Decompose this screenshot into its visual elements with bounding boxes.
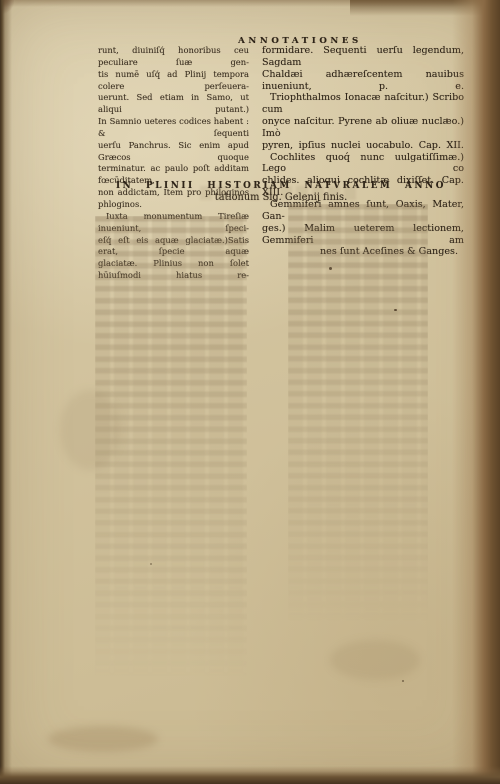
ink-speck [329, 267, 332, 270]
text-line: Triophthalmos Ionacæ naſcitur.) Scribo c… [262, 92, 464, 116]
ink-speck [394, 309, 397, 311]
paper-stain [60, 390, 120, 470]
text-line: uerunt. Sed etiam in Samo, ut aliqui put… [98, 92, 249, 116]
text-line: Chaldæi adhæreſcentem nauibus inueniunt,… [262, 69, 464, 93]
text-line: onyce naſcitur. Pyrene ab oliuæ nuclæo.)… [262, 116, 464, 140]
ink-speck [402, 680, 404, 682]
bleedthrough-text-right [288, 204, 428, 624]
text-line: Cochlites quoq́ nunc uulgatiſſimæ.) Lego… [262, 152, 464, 176]
book-bottom-edge [0, 766, 500, 784]
book-gutter-edge [0, 0, 12, 784]
bleedthrough-text-left [95, 216, 247, 678]
paper-stain [48, 726, 158, 752]
bleedthrough-colophon [200, 186, 360, 200]
book-fore-edge [452, 0, 500, 784]
ink-speck [150, 563, 152, 565]
paper-stain [330, 640, 420, 680]
text-line: uerſu Panchrus. Sic enim apud Græcos quo… [98, 140, 249, 164]
text-line: pyren, ipſius nuclei uocabulo. Cap. XII. [262, 140, 464, 152]
text-line: In Samnio ueteres codices habent : & ſeq… [98, 116, 249, 140]
text-line: formidare. Sequenti uerſu legendum, Sagd… [262, 45, 464, 69]
ink-speck [446, 118, 448, 121]
page-paper: ANNOTATIONES runt, diuiniſq́ honoribus c… [0, 0, 500, 784]
text-line: runt, diuiniſq́ honoribus ceu peculiare … [98, 45, 249, 69]
book-page-scan: ANNOTATIONES runt, diuiniſq́ honoribus c… [0, 0, 500, 784]
text-line: tis numē uſq́ ad Plinij tempora colere p… [98, 69, 249, 93]
